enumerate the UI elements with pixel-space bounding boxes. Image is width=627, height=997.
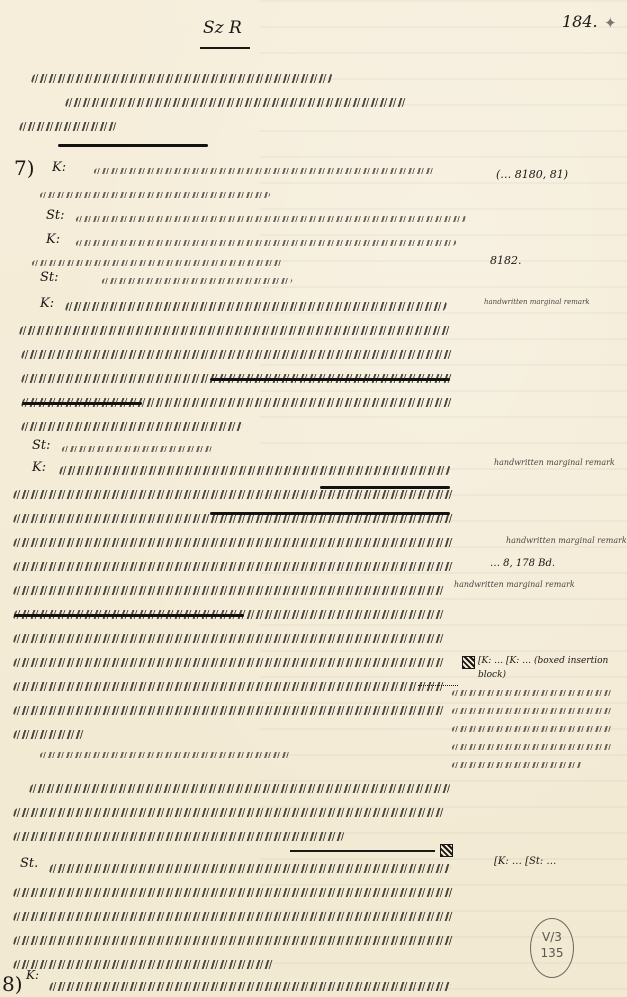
handwritten-line [39, 192, 271, 198]
insertion-arrow-line [290, 850, 435, 852]
section-number: 7) [14, 156, 35, 180]
handwritten-line [13, 808, 446, 817]
speaker-label: K: [40, 296, 54, 311]
speaker-label: St. [20, 856, 38, 871]
handwritten-line [93, 168, 435, 174]
margin-reference: 8182. [490, 254, 522, 267]
strikethrough-line [320, 486, 450, 489]
section-number: 8) [2, 972, 23, 996]
archive-stamp: V/3 135 [530, 918, 574, 978]
handwritten-line [13, 912, 456, 921]
handwritten-line [13, 888, 456, 897]
speaker-label: K: [46, 232, 60, 247]
insertion-note: [K: … [St: … [494, 856, 556, 867]
margin-reference: (… 8180, 81) [496, 168, 568, 181]
strikethrough-line [14, 614, 244, 617]
handwritten-line [13, 960, 276, 969]
margin-note: handwritten marginal remark [494, 458, 615, 467]
handwritten-line [13, 562, 456, 571]
handwritten-line [13, 706, 446, 715]
handwritten-line [451, 690, 613, 696]
handwritten-line [61, 446, 213, 452]
handwritten-line [65, 302, 448, 311]
handwritten-line [13, 730, 86, 739]
stamp-line-2: 135 [541, 946, 564, 960]
handwritten-line [21, 422, 244, 431]
handwritten-line [65, 98, 408, 107]
handwritten-line [13, 514, 456, 523]
strikethrough-line [210, 378, 450, 381]
handwritten-line [451, 708, 613, 714]
strikethrough-line [210, 512, 450, 515]
speaker-label: K: [32, 460, 46, 475]
handwritten-line [13, 658, 446, 667]
speaker-label: St: [46, 208, 65, 223]
handwritten-line [19, 326, 452, 335]
handwritten-line [13, 538, 456, 547]
handwritten-line [21, 350, 454, 359]
handwritten-line [13, 682, 446, 691]
margin-reference: … 8, 178 Bd. [490, 558, 555, 569]
handwritten-line [13, 832, 346, 841]
speaker-label: St: [40, 270, 59, 285]
handwritten-line [59, 466, 452, 475]
margin-note: handwritten marginal remark [506, 536, 627, 545]
handwritten-line [13, 936, 456, 945]
title-underline [200, 47, 250, 49]
handwritten-line [451, 744, 613, 750]
handwritten-line [39, 752, 291, 758]
stamp-line-1: V/3 [531, 929, 573, 945]
speaker-label: St: [32, 438, 51, 453]
handwritten-line [49, 864, 452, 873]
handwritten-line [13, 490, 456, 499]
strikethrough-line [22, 402, 142, 405]
handwritten-line [75, 216, 467, 222]
handwritten-line [13, 634, 446, 643]
handwritten-line [19, 122, 118, 131]
dotted-connector [418, 685, 458, 686]
corner-mark: ✦ [604, 14, 617, 32]
insertion-box-mark [462, 656, 475, 669]
manuscript-page: Sz R 184. ✦ 7) K: (… 8180, 81) St: K: 81… [0, 0, 627, 997]
strikethrough-line [58, 144, 208, 147]
insertion-box-mark [440, 844, 453, 857]
handwritten-line [451, 726, 613, 732]
handwritten-line [49, 982, 452, 991]
speaker-label: K: [26, 968, 39, 982]
handwritten-line [29, 784, 452, 793]
handwritten-line [31, 260, 283, 266]
handwritten-line [13, 586, 446, 595]
title-mark: Sz R [203, 18, 242, 38]
insertion-note: [K: … [K: … (boxed insertion block) [478, 654, 618, 682]
handwritten-line [31, 74, 334, 83]
margin-note: handwritten marginal remark [484, 298, 590, 306]
handwritten-line [75, 240, 457, 246]
page-number: 184. [562, 12, 598, 31]
handwritten-line [101, 278, 293, 284]
margin-note: handwritten marginal remark [454, 580, 575, 589]
speaker-label: K: [52, 160, 66, 175]
handwritten-line [451, 762, 583, 768]
